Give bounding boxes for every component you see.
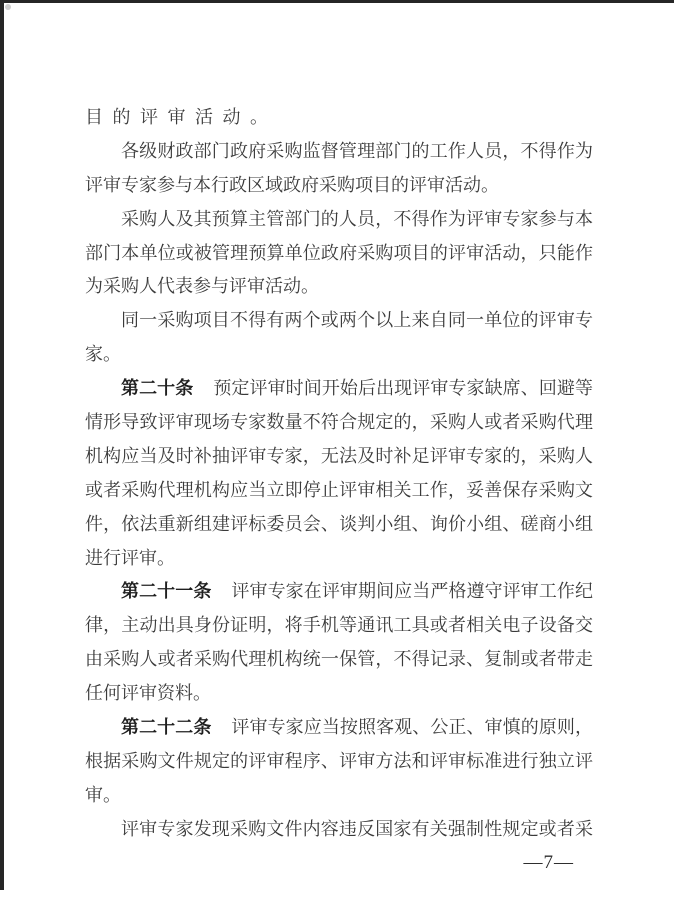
paragraph-line: 件，依法重新组建评标委员会、谈判小组、询价小组、磋商小组 xyxy=(85,508,593,542)
article-21-line: 第二十一条评审专家在评审期间应当严格遵守评审工作纪 xyxy=(85,575,593,609)
paragraph-line: 同一采购项目不得有两个或两个以上来自同一单位的评审专 xyxy=(85,304,593,338)
paragraph-line: 进行评审。 xyxy=(85,542,593,576)
scan-edge-top xyxy=(0,0,674,3)
paragraph-line: 各级财政部门政府采购监督管理部门的工作人员，不得作为 xyxy=(85,135,593,169)
paragraph-line: 机构应当及时补抽评审专家，无法及时补足评审专家的，采购人 xyxy=(85,440,593,474)
paragraph-line: 根据采购文件规定的评审程序、评审方法和评审标准进行独立评 xyxy=(85,745,593,779)
paragraph-line: 律，主动出具身份证明，将手机等通讯工具或者相关电子设备交 xyxy=(85,609,593,643)
paragraph-line: 家。 xyxy=(85,338,593,372)
paragraph-line: 部门本单位或被管理预算单位政府采购项目的评审活动，只能作 xyxy=(85,237,593,271)
paragraph-line: 评审专家发现采购文件内容违反国家有关强制性规定或者采 xyxy=(85,813,593,847)
paragraph-line: 任何评审资料。 xyxy=(85,677,593,711)
document-text-block: 目的评审活动。 各级财政部门政府采购监督管理部门的工作人员，不得作为 评审专家参… xyxy=(85,101,593,847)
paragraph-line: 情形导致评审现场专家数量不符合规定的，采购人或者采购代理 xyxy=(85,406,593,440)
article-22-text: 评审专家应当按照客观、公正、审慎的原则， xyxy=(231,717,593,737)
paragraph-line: 目的评审活动。 xyxy=(85,101,593,135)
page-number: —7— xyxy=(524,850,575,876)
paragraph-line: 采购人及其预算主管部门的人员，不得作为评审专家参与本 xyxy=(85,203,593,237)
paragraph-line: 或者采购代理机构应当立即停止评审相关工作，妥善保存采购文 xyxy=(85,474,593,508)
paragraph-line: 为采购人代表参与评审活动。 xyxy=(85,270,593,304)
article-20-text: 预定评审时间开始后出现评审专家缺席、回避等 xyxy=(213,378,593,398)
article-22-line: 第二十二条评审专家应当按照客观、公正、审慎的原则， xyxy=(85,711,593,745)
article-21-text: 评审专家在评审期间应当严格遵守评审工作纪 xyxy=(231,581,593,601)
paragraph-line: 由采购人或者采购代理机构统一保管，不得记录、复制或者带走 xyxy=(85,643,593,677)
article-20-line: 第二十条预定评审时间开始后出现评审专家缺席、回避等 xyxy=(85,372,593,406)
scan-edge-left xyxy=(0,0,4,890)
paragraph-line: 审。 xyxy=(85,779,593,813)
article-20-number: 第二十条 xyxy=(121,378,193,398)
article-22-number: 第二十二条 xyxy=(121,717,211,737)
paragraph-line: 评审专家参与本行政区域政府采购项目的评审活动。 xyxy=(85,169,593,203)
scan-noise-speck xyxy=(5,4,11,10)
document-page: 目的评审活动。 各级财政部门政府采购监督管理部门的工作人员，不得作为 评审专家参… xyxy=(0,0,674,908)
article-21-number: 第二十一条 xyxy=(121,581,211,601)
